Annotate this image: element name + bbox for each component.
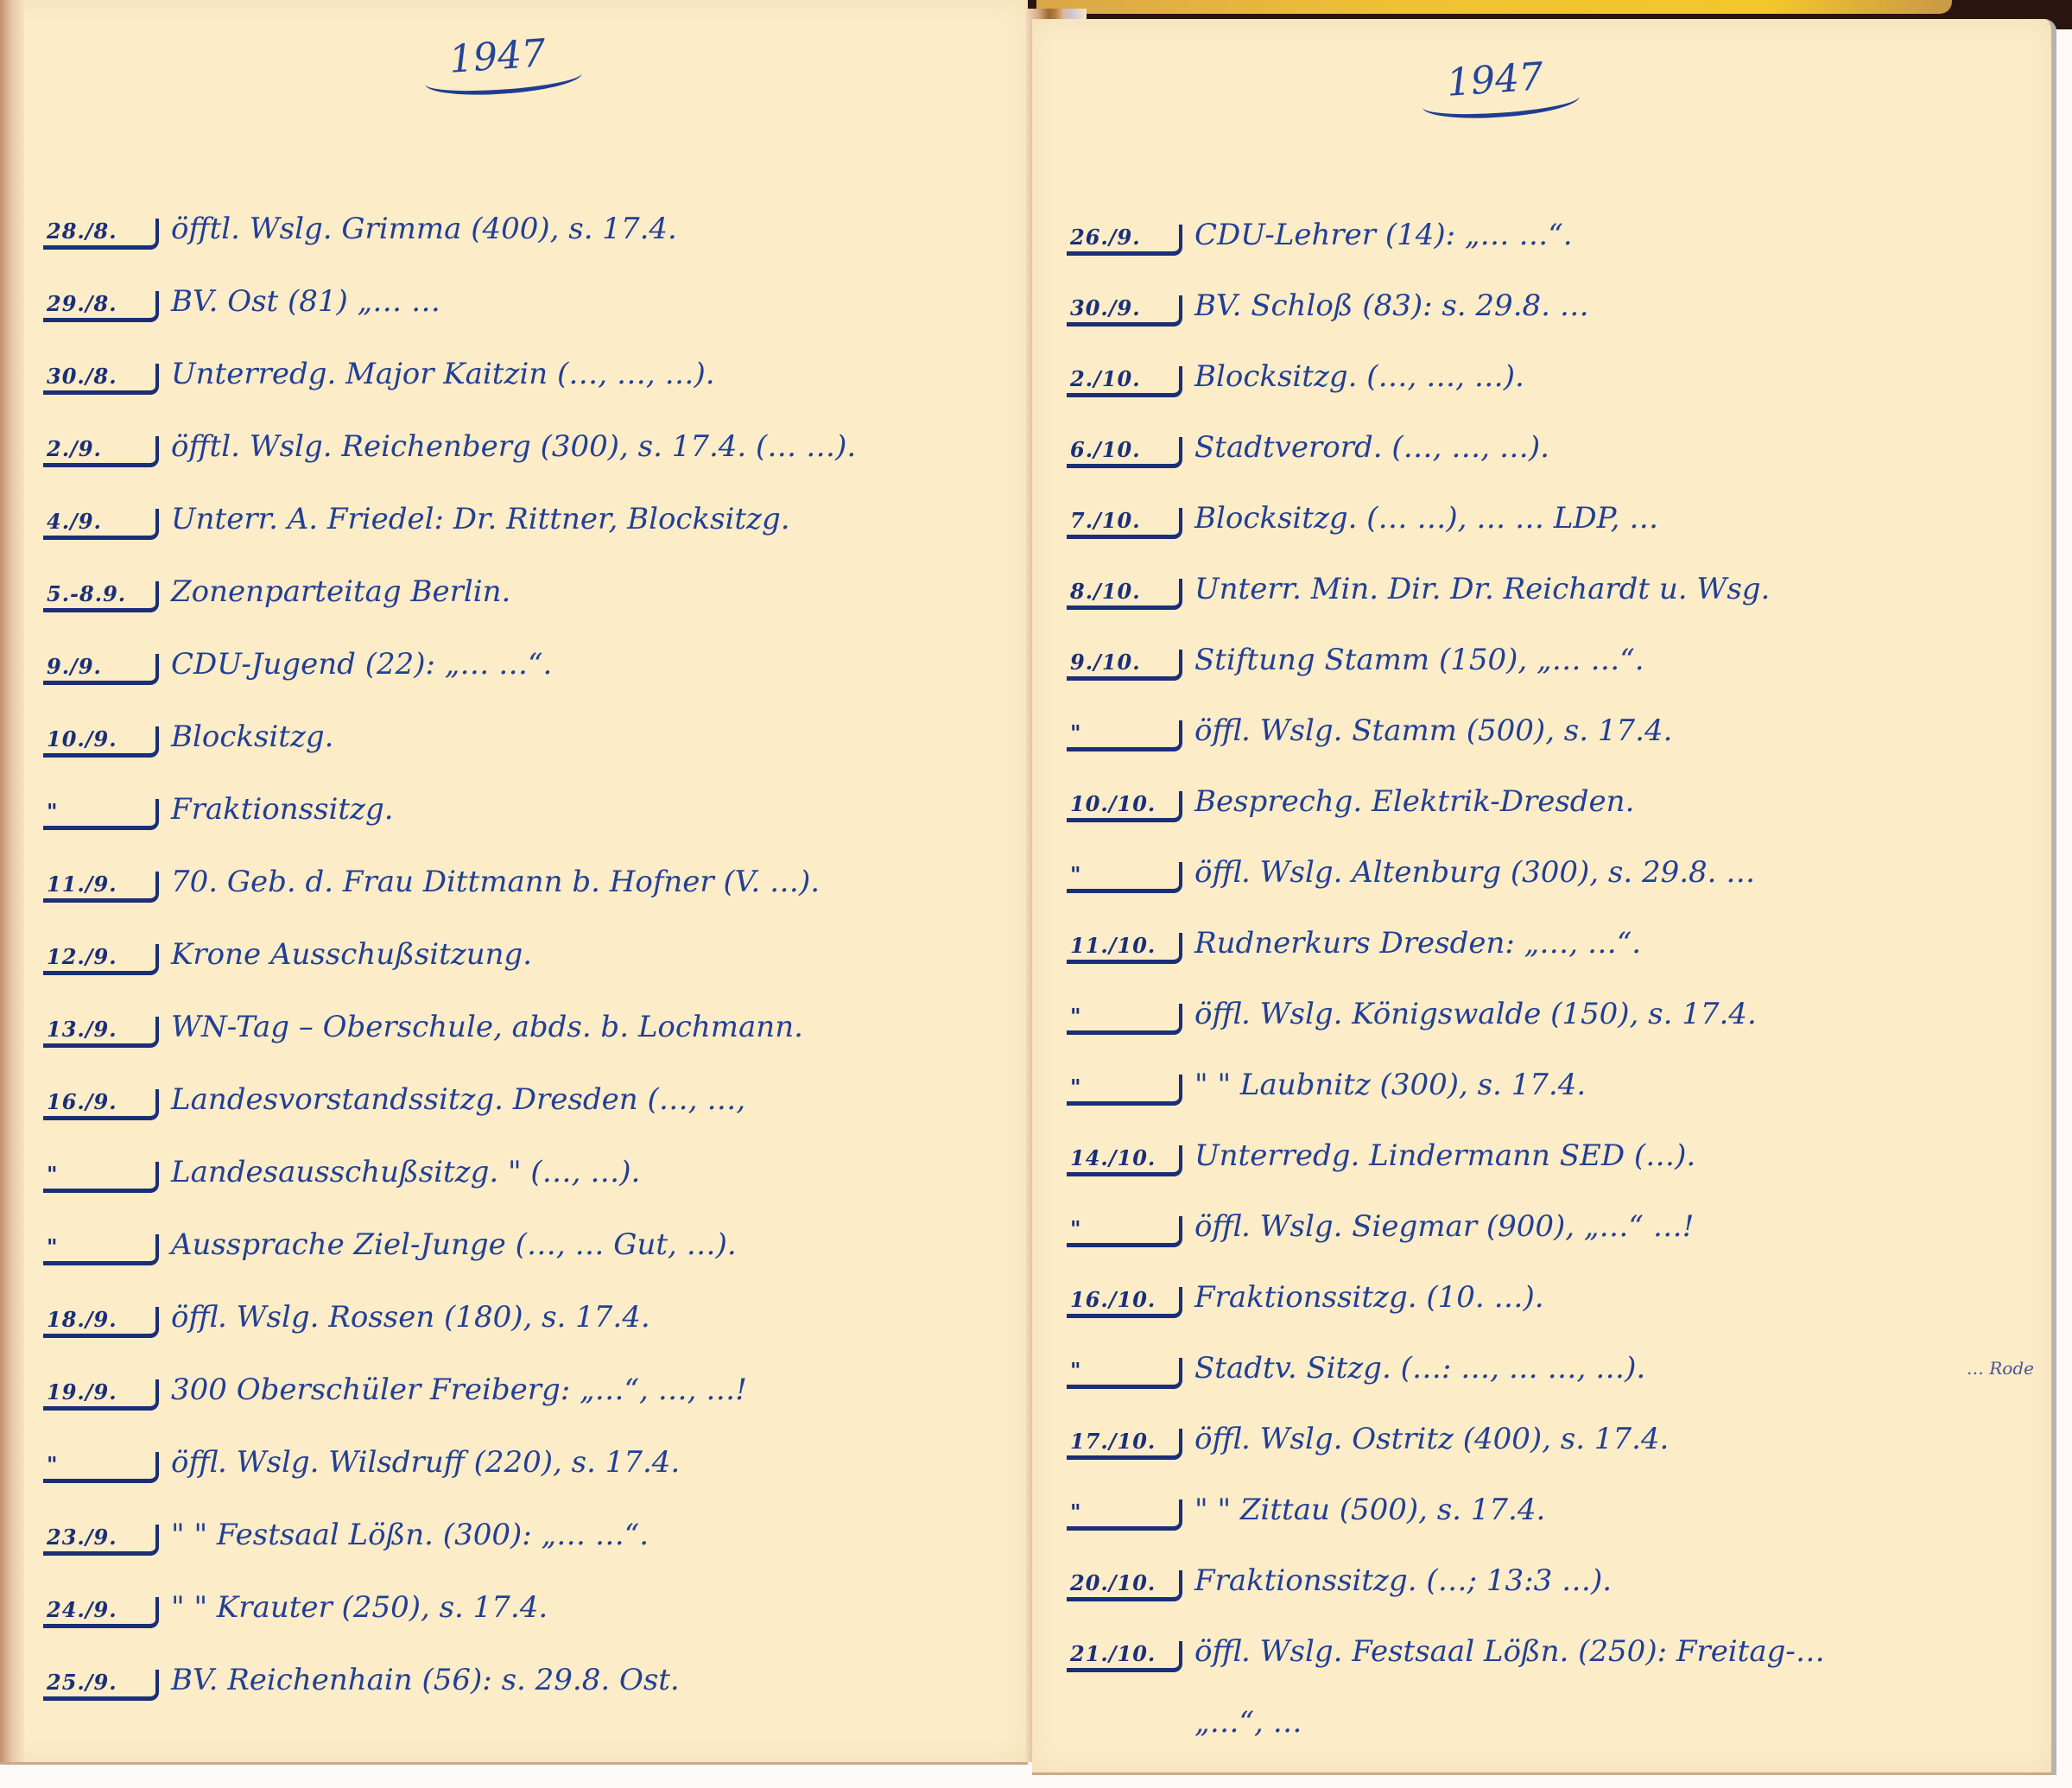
entry-date: 2./9. (43, 436, 159, 467)
entry-text: BV. Reichenhain (56): s. 29.8. Ost. (171, 1663, 680, 1697)
entry-date: " (1067, 720, 1182, 751)
entry-text: " " Krauter (250), s. 17.4. (171, 1590, 548, 1625)
diary-entry: "Aussprache Ziel-Junge (…, … Gut, …). (43, 1227, 856, 1300)
entry-text: Besprechg. Elektrik-Dresden. (1194, 784, 1634, 819)
page-year-heading: 1947 (447, 31, 547, 82)
entry-text: öffl. Wslg. Wilsdruff (220), s. 17.4. (171, 1445, 680, 1480)
diary-entry: 23./9." " Festsaal Lößn. (300): „… …“. (43, 1518, 856, 1590)
entry-text: Fraktionssitzg. (171, 792, 394, 827)
entry-date: " (1067, 1004, 1182, 1035)
diary-entry: 13./9.WN-Tag – Oberschule, abds. b. Loch… (43, 1010, 856, 1082)
entry-date: 20./10. (1067, 1570, 1182, 1601)
entry-text: BV. Schloß (83): s. 29.8. … (1194, 288, 1589, 323)
diary-entry: "öffl. Wslg. Königswalde (150), s. 17.4. (1067, 997, 1825, 1068)
entry-text: öffl. Wslg. Festsaal Lößn. (250): Freita… (1194, 1634, 1825, 1669)
entry-text: " " Festsaal Lößn. (300): „… …“. (171, 1518, 649, 1552)
diary-entry: 25./9.BV. Reichenhain (56): s. 29.8. Ost… (43, 1663, 856, 1735)
entry-date: " (1067, 862, 1182, 893)
diary-entry: "" " Laubnitz (300), s. 17.4. (1067, 1068, 1825, 1138)
entry-text: „…“, … (1194, 1705, 1302, 1740)
diary-entry: "öffl. Wslg. Wilsdruff (220), s. 17.4. (43, 1445, 856, 1518)
diary-entry-list: 28./8.öfftl. Wslg. Grimma (400), s. 17.4… (43, 212, 856, 1735)
entry-date: 28./8. (43, 219, 159, 250)
diary-entry: "Landesausschußsitzg. " (…, …). (43, 1155, 856, 1227)
entry-date: 19./9. (43, 1379, 159, 1411)
diary-entry: 19./9.300 Oberschüler Freiberg: „…“, …, … (43, 1373, 856, 1445)
diary-entry: 21./10.öffl. Wslg. Festsaal Lößn. (250):… (1067, 1634, 1825, 1705)
margin-note: … Rode (1967, 1358, 2034, 1379)
entry-text: Landesvorstandssitzg. Dresden (…, …, (171, 1082, 745, 1117)
entry-text: öffl. Wslg. Rossen (180), s. 17.4. (171, 1300, 650, 1335)
entry-date: 12./9. (43, 944, 159, 975)
diary-entry: 8./10.Unterr. Min. Dir. Dr. Reichardt u.… (1067, 572, 1825, 643)
entry-text: 300 Oberschüler Freiberg: „…“, …, …! (171, 1373, 747, 1407)
diary-entry: 29./8.BV. Ost (81) „… … (43, 284, 856, 357)
entry-text: Aussprache Ziel-Junge (…, … Gut, …). (171, 1227, 737, 1262)
entry-date: 5.-8.9. (43, 581, 159, 612)
entry-date: 29./8. (43, 291, 159, 322)
entry-date: " (1067, 1500, 1182, 1531)
diary-entry: 7./10.Blocksitzg. (… …), … … LDP, … (1067, 501, 1825, 572)
entry-text: WN-Tag – Oberschule, abds. b. Lochmann. (171, 1010, 803, 1044)
entry-text: öffl. Wslg. Königswalde (150), s. 17.4. (1194, 997, 1757, 1031)
entry-date: 24./9. (43, 1597, 159, 1628)
entry-text: Blocksitzg. (171, 720, 333, 754)
entry-date: 2./10. (1067, 366, 1182, 397)
entry-date: 10./9. (43, 726, 159, 758)
diary-entry: 4./9.Unterr. A. Friedel: Dr. Rittner, Bl… (43, 502, 856, 574)
entry-date: 7./10. (1067, 508, 1182, 539)
entry-text: Landesausschußsitzg. " (…, …). (171, 1155, 640, 1189)
entry-date: 13./9. (43, 1017, 159, 1048)
entry-date: 11./10. (1067, 933, 1182, 964)
diary-entry: 11./10.Rudnerkurs Dresden: „…, …“. (1067, 926, 1825, 997)
diary-entry: 10./9.Blocksitzg. (43, 720, 856, 792)
diary-entry: 5.-8.9.Zonenparteitag Berlin. (43, 574, 856, 647)
diary-entry: 11./9.70. Geb. d. Frau Dittmann b. Hofne… (43, 865, 856, 937)
entry-date: 16./10. (1067, 1287, 1182, 1318)
entry-text: CDU-Lehrer (14): „… …“. (1194, 218, 1573, 252)
entry-text: öffl. Wslg. Siegmar (900), „…“ …! (1194, 1209, 1694, 1244)
diary-entry: 12./9.Krone Ausschußsitzung. (43, 937, 856, 1010)
entry-text: Unterr. Min. Dir. Dr. Reichardt u. Wsg. (1194, 572, 1770, 606)
diary-entry: "Fraktionssitzg. (43, 792, 856, 865)
entry-date: " (43, 1452, 159, 1483)
entry-text: öffl. Wslg. Stamm (500), s. 17.4. (1194, 713, 1672, 748)
diary-entry: "öffl. Wslg. Stamm (500), s. 17.4. (1067, 713, 1825, 784)
entry-text: öfftl. Wslg. Reichenberg (300), s. 17.4.… (171, 429, 856, 464)
diary-entry: 30./9.BV. Schloß (83): s. 29.8. … (1067, 288, 1825, 359)
entry-date: 17./10. (1067, 1429, 1182, 1460)
page-year-heading: 1947 (1445, 54, 1544, 105)
diary-entry: 26./9.CDU-Lehrer (14): „… …“. (1067, 218, 1825, 288)
entry-date: " (43, 799, 159, 830)
entry-text: öfftl. Wslg. Grimma (400), s. 17.4. (171, 212, 677, 246)
diary-entry: 18./9.öffl. Wslg. Rossen (180), s. 17.4. (43, 1300, 856, 1373)
entry-date: 21./10. (1067, 1641, 1182, 1672)
diary-entry: 2./9.öfftl. Wslg. Reichenberg (300), s. … (43, 429, 856, 502)
diary-entry: 16./10.Fraktionssitzg. (10. …). (1067, 1280, 1825, 1351)
left-page: 1947 28./8.öfftl. Wslg. Grimma (400), s.… (0, 0, 1028, 1765)
scanned-diary-spread: 1947 28./8.öfftl. Wslg. Grimma (400), s.… (0, 0, 2072, 1788)
diary-entry: 24./9." " Krauter (250), s. 17.4. (43, 1590, 856, 1663)
entry-text: Stadtv. Sitzg. (…: …, … …, …). (1194, 1351, 1645, 1385)
entry-date: " (1067, 1216, 1182, 1247)
entry-date: 25./9. (43, 1670, 159, 1701)
diary-entry: 9./9.CDU-Jugend (22): „… …“. (43, 647, 856, 720)
diary-entry: 9./10.Stiftung Stamm (150), „… …“. (1067, 643, 1825, 713)
entry-date: 8./10. (1067, 579, 1182, 610)
entry-text: Krone Ausschußsitzung. (171, 937, 532, 972)
entry-date: 9./9. (43, 654, 159, 685)
entry-date: " (43, 1234, 159, 1265)
entry-date: 23./9. (43, 1525, 159, 1556)
entry-date: 6./10. (1067, 437, 1182, 468)
diary-entry: "Stadtv. Sitzg. (…: …, … …, …). (1067, 1351, 1825, 1422)
diary-entry: "öffl. Wslg. Altenburg (300), s. 29.8. … (1067, 855, 1825, 926)
page-stack-edge (0, 0, 24, 1762)
entry-text: " " Zittau (500), s. 17.4. (1194, 1493, 1545, 1527)
right-page: 1947 26./9.CDU-Lehrer (14): „… …“.30./9.… (1032, 19, 2056, 1775)
entry-text: Zonenparteitag Berlin. (171, 574, 510, 609)
entry-date: 26./9. (1067, 225, 1182, 256)
diary-entry: 28./8.öfftl. Wslg. Grimma (400), s. 17.4… (43, 212, 856, 284)
entry-text: Fraktionssitzg. (…; 13:3 …). (1194, 1563, 1612, 1598)
entry-text: CDU-Jugend (22): „… …“. (171, 647, 552, 682)
entry-text: öffl. Wslg. Ostritz (400), s. 17.4. (1194, 1422, 1669, 1456)
diary-entry: 16./9.Landesvorstandssitzg. Dresden (…, … (43, 1082, 856, 1155)
entry-text: Unterr. A. Friedel: Dr. Rittner, Blocksi… (171, 502, 790, 536)
entry-text: Stadtverord. (…, …, …). (1194, 430, 1549, 465)
entry-text: öffl. Wslg. Altenburg (300), s. 29.8. … (1194, 855, 1755, 890)
diary-entry-list: 26./9.CDU-Lehrer (14): „… …“.30./9.BV. S… (1067, 218, 1825, 1776)
entry-date: " (43, 1162, 159, 1193)
entry-text: BV. Ost (81) „… … (171, 284, 440, 319)
entry-date: 10./10. (1067, 791, 1182, 822)
entry-text: Unterredg. Lindermann SED (…). (1194, 1138, 1695, 1173)
entry-text: 70. Geb. d. Frau Dittmann b. Hofner (V. … (171, 865, 820, 899)
diary-entry: 2./10.Blocksitzg. (…, …, …). (1067, 359, 1825, 430)
entry-date: 11./9. (43, 872, 159, 903)
entry-text: Blocksitzg. (…, …, …). (1194, 359, 1524, 394)
diary-entry: "" " Zittau (500), s. 17.4. (1067, 1493, 1825, 1563)
entry-text: Stiftung Stamm (150), „… …“. (1194, 643, 1644, 677)
diary-entry: "öffl. Wslg. Siegmar (900), „…“ …! (1067, 1209, 1825, 1280)
entry-date: 18./9. (43, 1307, 159, 1338)
entry-date: " (1067, 1358, 1182, 1389)
entry-date: 14./10. (1067, 1145, 1182, 1176)
diary-entry: 17./10.öffl. Wslg. Ostritz (400), s. 17.… (1067, 1422, 1825, 1493)
entry-text: Rudnerkurs Dresden: „…, …“. (1194, 926, 1641, 961)
yellow-cover-tab (1036, 0, 1952, 14)
entry-text: " " Laubnitz (300), s. 17.4. (1194, 1068, 1586, 1102)
diary-entry: 20./10.Fraktionssitzg. (…; 13:3 …). (1067, 1563, 1825, 1634)
diary-entry: „…“, … (1067, 1705, 1825, 1776)
entry-text: Unterredg. Major Kaitzin (…, …, …). (171, 357, 715, 391)
diary-entry: 14./10.Unterredg. Lindermann SED (…). (1067, 1138, 1825, 1209)
diary-entry: 6./10.Stadtverord. (…, …, …). (1067, 430, 1825, 501)
entry-text: Blocksitzg. (… …), … … LDP, … (1194, 501, 1658, 536)
entry-date: 16./9. (43, 1089, 159, 1120)
entry-date: 30./8. (43, 364, 159, 395)
entry-date: 9./10. (1067, 650, 1182, 681)
diary-entry: 30./8.Unterredg. Major Kaitzin (…, …, …)… (43, 357, 856, 429)
entry-date: 4./9. (43, 509, 159, 540)
entry-date: " (1067, 1075, 1182, 1106)
diary-entry: 10./10.Besprechg. Elektrik-Dresden. (1067, 784, 1825, 855)
entry-text: Fraktionssitzg. (10. …). (1194, 1280, 1544, 1315)
entry-date: 30./9. (1067, 295, 1182, 327)
